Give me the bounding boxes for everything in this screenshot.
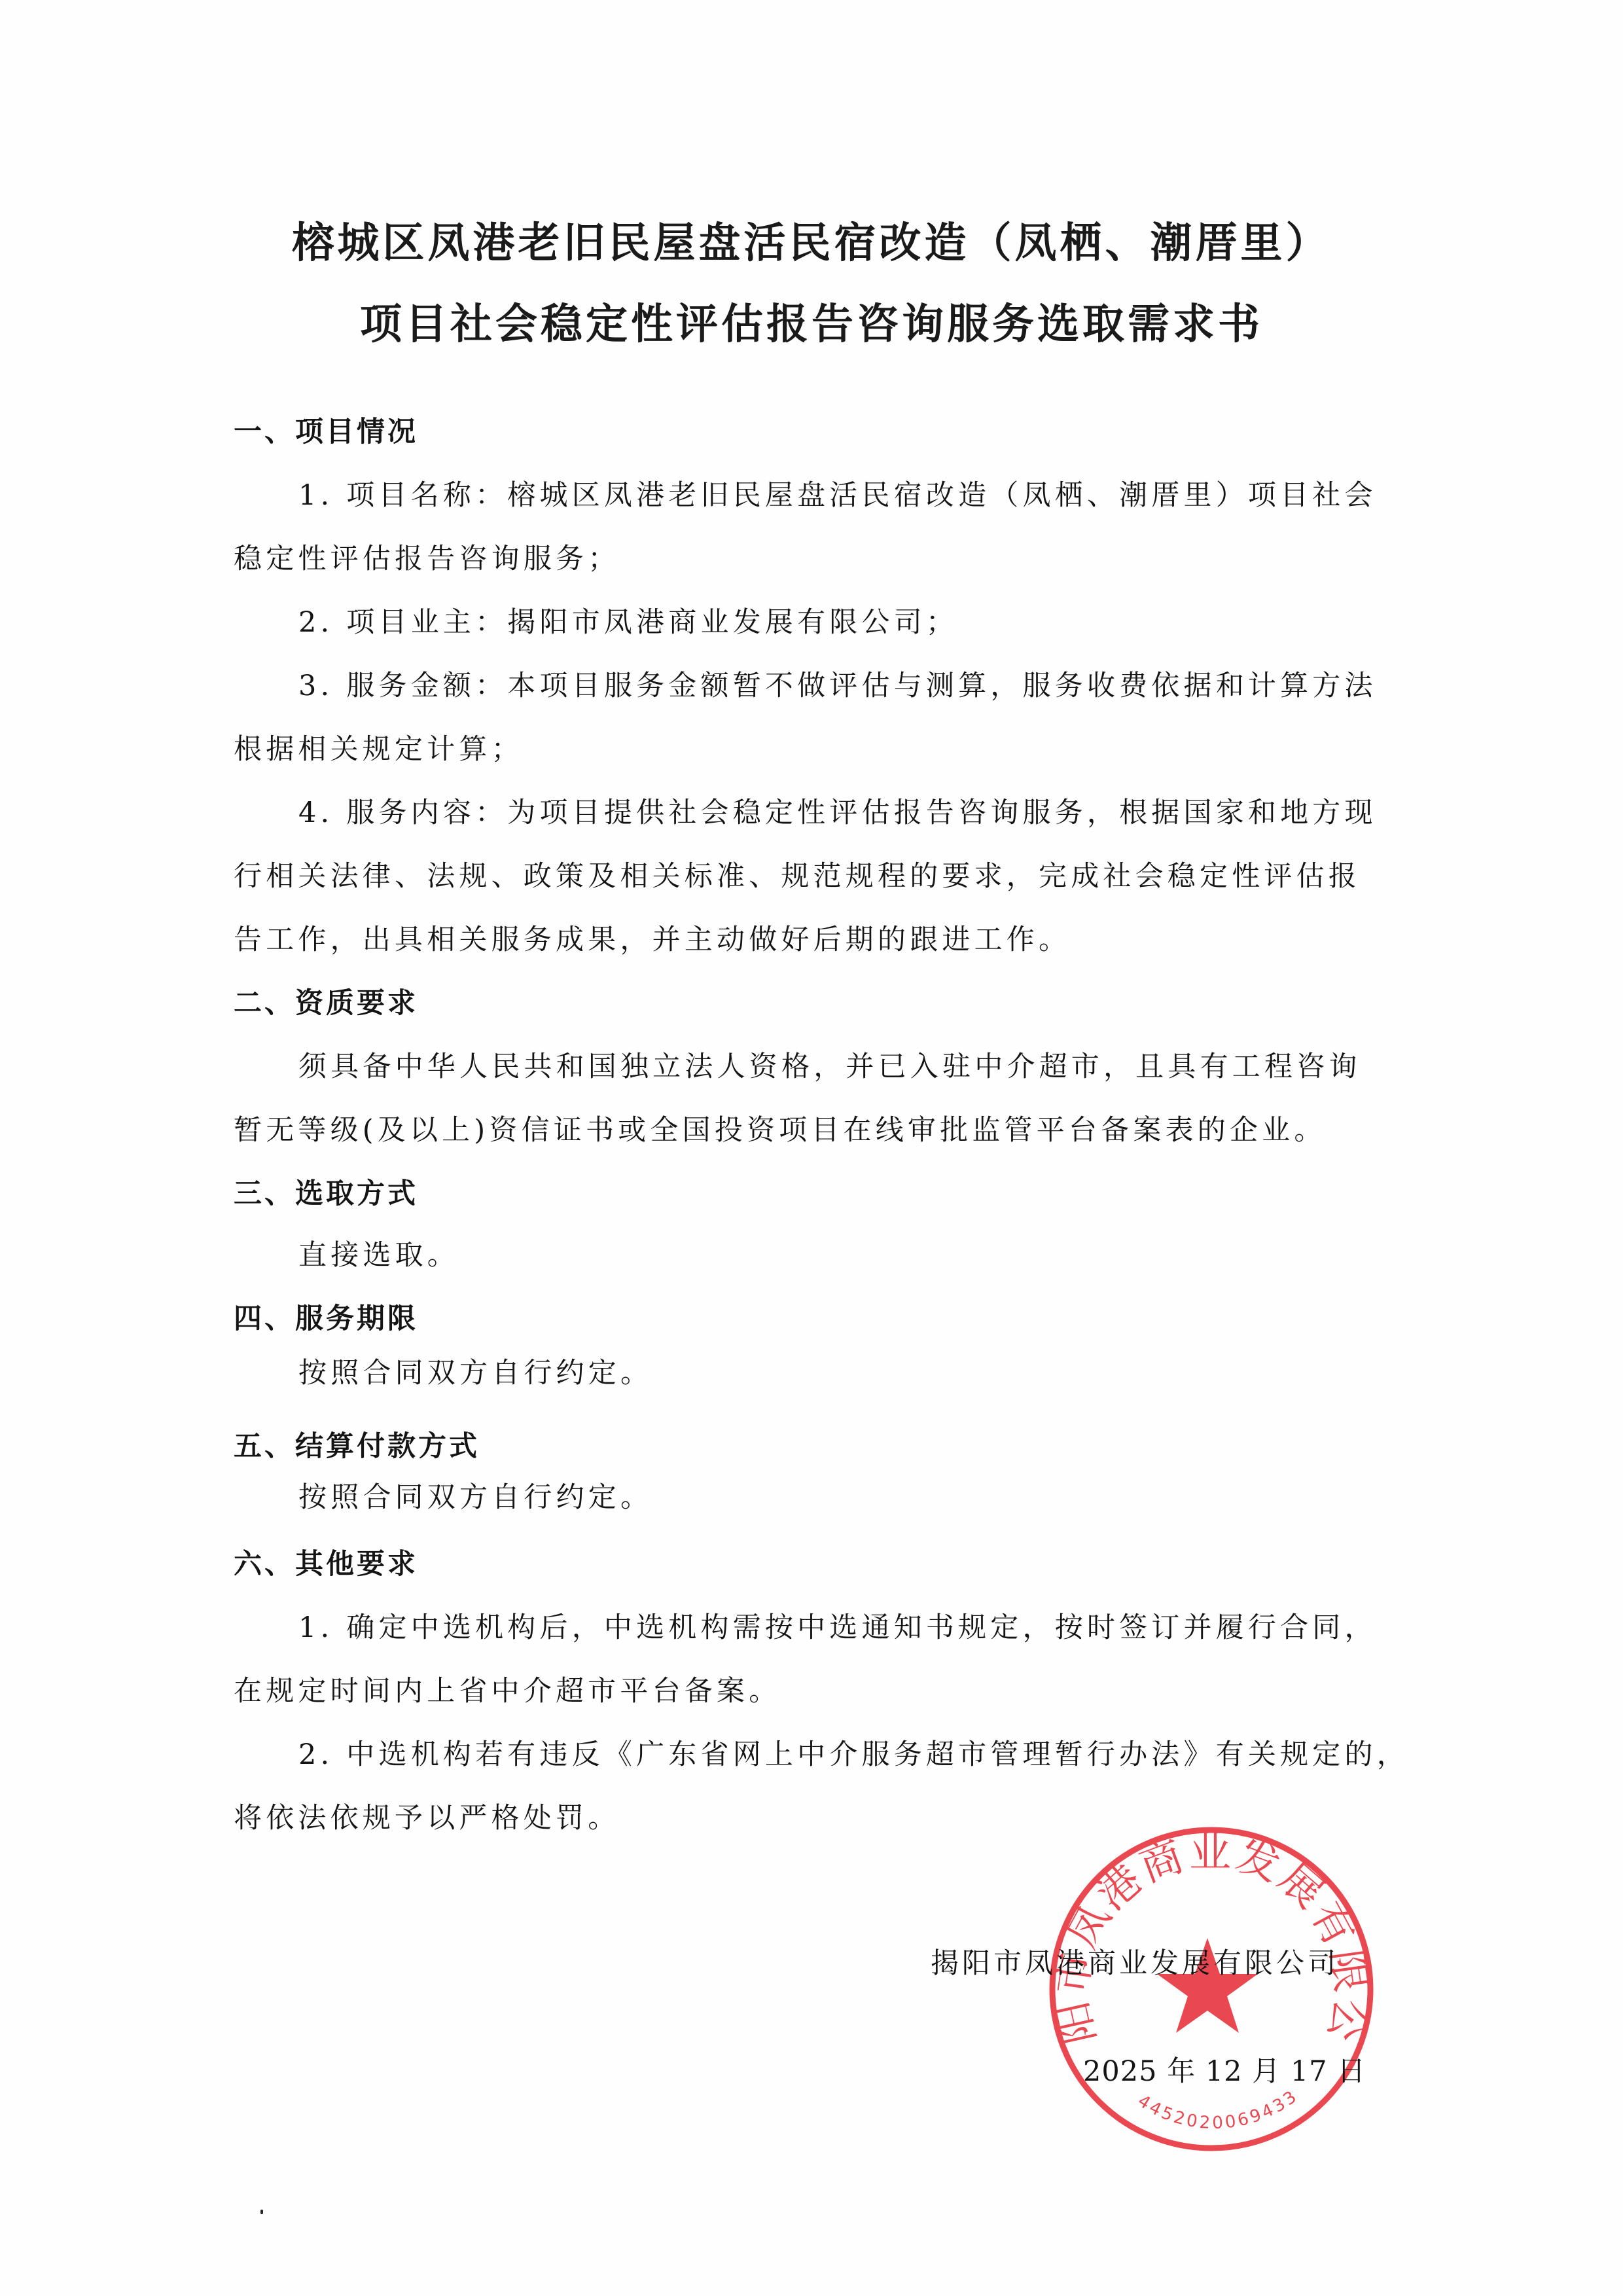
svg-text:揭阳市凤港商业发展有限公司: 揭阳市凤港商业发展有限公司 — [1044, 1823, 1375, 2048]
section-heading-qualification: 二、资质要求 — [234, 984, 1363, 1023]
payment-method-line: 按照合同双方自行约定。 — [298, 1478, 1427, 1517]
project-name-cont: 稳定性评估报告咨询服务； — [234, 539, 1363, 579]
service-content-cont-1: 行相关法律、法规、政策及相关标准、规范规程的要求，完成社会稳定性评估报 — [234, 857, 1363, 896]
signature-date: 2025 年 12 月 17 日 — [1083, 2052, 1366, 2091]
stamp-number: 4452020069433 — [1134, 2086, 1302, 2133]
company-seal-stamp: 揭阳市凤港商业发展有限公司 4452020069433 — [1044, 1823, 1378, 2157]
service-amount-cont: 根据相关规定计算； — [234, 730, 1363, 769]
section-heading-service-period: 四、服务期限 — [234, 1299, 1363, 1338]
document-title-line-1: 榕城区凤港老旧民屋盘活民宿改造（凤栖、潮厝里） — [0, 217, 1623, 270]
project-owner-line: 2. 项目业主：揭阳市凤港商业发展有限公司； — [298, 603, 1427, 642]
service-content-line: 4. 服务内容：为项目提供社会稳定性评估报告咨询服务，根据国家和地方现 — [298, 793, 1427, 833]
qualification-line-2: 暂无等级(及以上)资信证书或全国投资项目在线审批监管平台备案表的企业。 — [234, 1111, 1363, 1150]
section-heading-project-info: 一、项目情况 — [234, 412, 1363, 452]
other-req-line-1: 1. 确定中选机构后，中选机构需按中选通知书规定，按时签订并履行合同， — [298, 1608, 1427, 1647]
document-page: 榕城区凤港老旧民屋盘活民宿改造（凤栖、潮厝里） 项目社会稳定性评估报告咨询服务选… — [0, 0, 1623, 2296]
document-title-line-2: 项目社会稳定性评估报告咨询服务选取需求书 — [0, 298, 1623, 351]
stamp-arc-text: 揭阳市凤港商业发展有限公司 — [1044, 1823, 1375, 2048]
project-name-line: 1. 项目名称：榕城区凤港老旧民屋盘活民宿改造（凤栖、潮厝里）项目社会 — [298, 476, 1427, 515]
other-req-line-2: 2. 中选机构若有违反《广东省网上中介服务超市管理暂行办法》有关规定的， — [298, 1735, 1427, 1774]
scan-speck — [260, 2210, 263, 2214]
signature-company: 揭阳市凤港商业发展有限公司 — [931, 1944, 1339, 1983]
section-heading-other-requirements: 六、其他要求 — [234, 1545, 1363, 1584]
svg-text:4452020069433: 4452020069433 — [1134, 2086, 1302, 2133]
section-heading-selection-method: 三、选取方式 — [234, 1174, 1363, 1213]
qualification-line-1: 须具备中华人民共和国独立法人资格，并已入驻中介超市，且具有工程咨询 — [298, 1047, 1427, 1086]
service-content-cont-2: 告工作，出具相关服务成果，并主动做好后期的跟进工作。 — [234, 920, 1363, 960]
selection-method-line: 直接选取。 — [298, 1236, 1427, 1275]
other-req-line-1-cont: 在规定时间内上省中介超市平台备案。 — [234, 1672, 1363, 1711]
service-period-line: 按照合同双方自行约定。 — [298, 1354, 1427, 1393]
section-heading-payment-method: 五、结算付款方式 — [234, 1427, 1363, 1466]
service-amount-line: 3. 服务金额：本项目服务金额暂不做评估与测算，服务收费依据和计算方法 — [298, 666, 1427, 706]
